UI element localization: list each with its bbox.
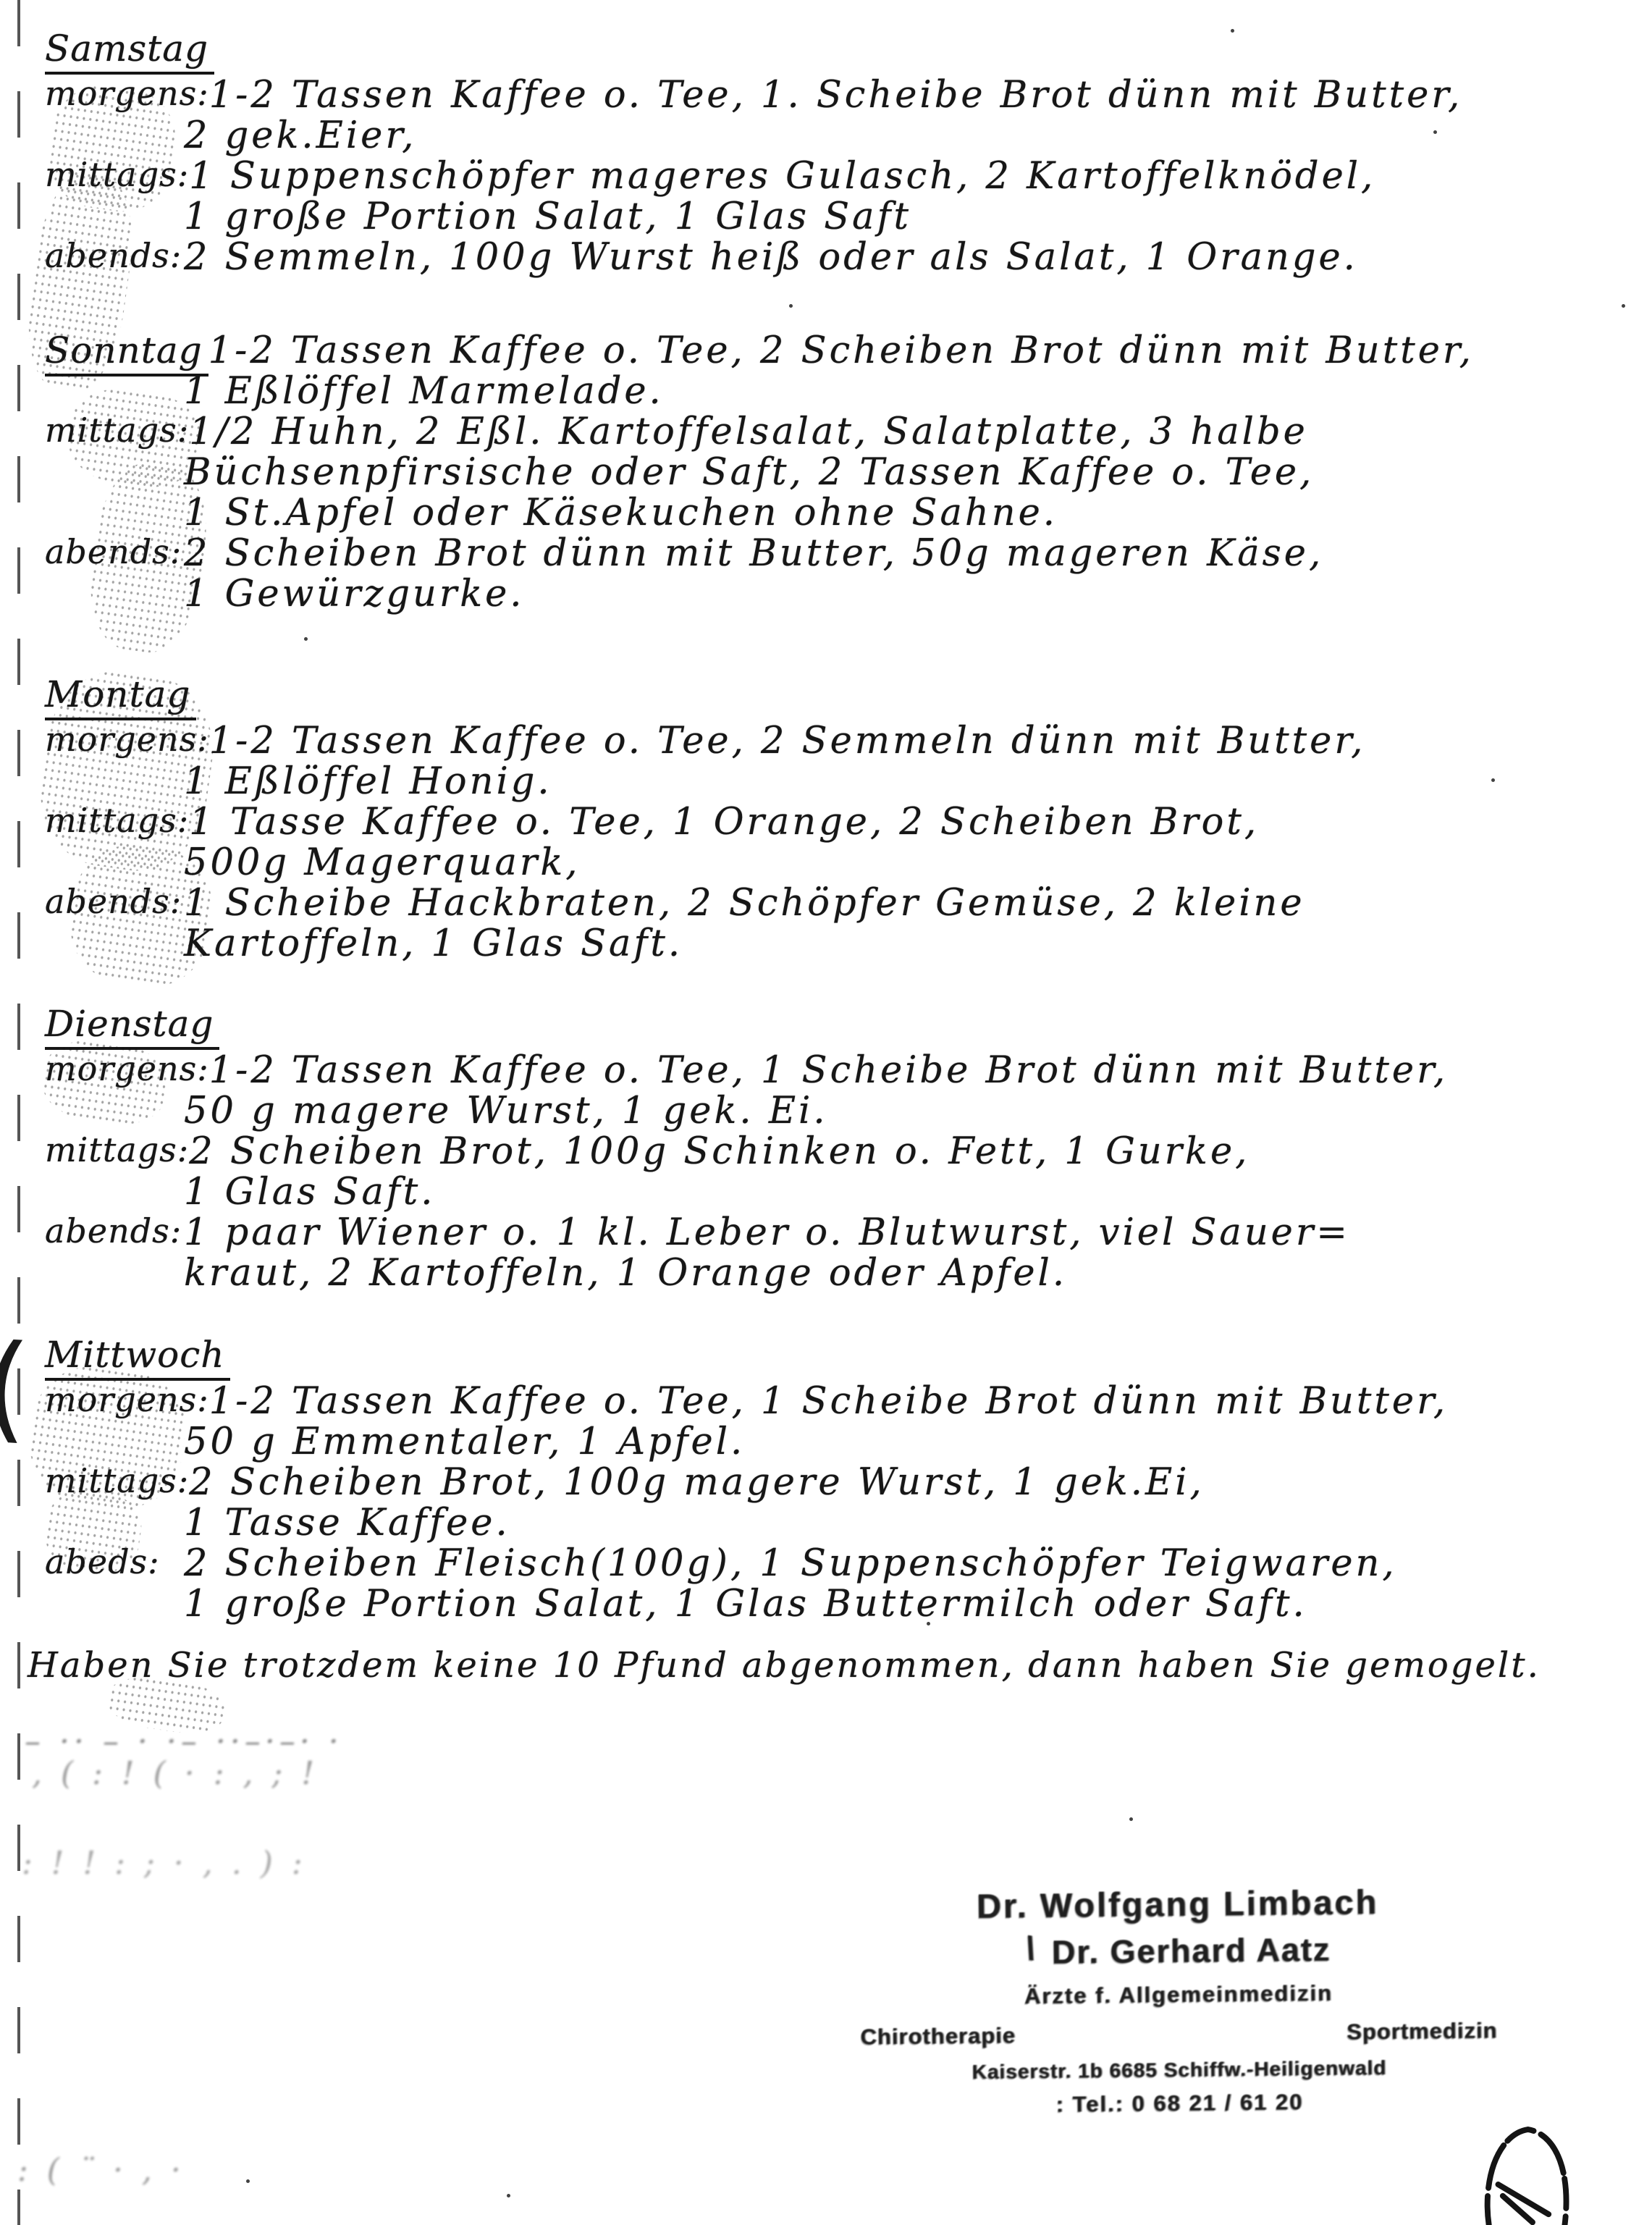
ghost-smudge-line: : ( ¨ · , · xyxy=(17,2152,185,2189)
meal-row: abends:2 Semmeln, 100g Wurst heiß oder a… xyxy=(45,236,1646,277)
meal-row: mittags:1 Suppenschöpfer mageres Gulasch… xyxy=(45,155,1646,195)
meal-text: 1 große Portion Salat, 1 Glas Saft xyxy=(184,195,911,238)
meal-row: abends:2 Scheiben Brot dünn mit Butter, … xyxy=(45,532,1646,573)
meal-row: morgens:1-2 Tassen Kaffee o. Tee, 1. Sch… xyxy=(45,74,1646,114)
ink-speck xyxy=(1433,130,1437,134)
ink-speck xyxy=(507,2194,510,2197)
stamp-field-right: Sportmedizin xyxy=(1347,2017,1498,2045)
day-section-sonntag: Sonntag1-2 Tassen Kaffee o. Tee, 2 Schei… xyxy=(45,329,1646,613)
meal-text: 2 Scheiben Fleisch(100g), 1 Suppenschöpf… xyxy=(184,1542,1397,1585)
meal-text: 1-2 Tassen Kaffee o. Tee, 2 Scheiben Bro… xyxy=(208,329,1474,372)
meal-row: 1 große Portion Salat, 1 Glas Buttermilc… xyxy=(45,1583,1646,1623)
meal-text: 1-2 Tassen Kaffee o. Tee, 1 Scheibe Brot… xyxy=(209,1049,1448,1092)
meal-text: 1-2 Tassen Kaffee o. Tee, 1 Scheibe Brot… xyxy=(209,1380,1448,1423)
meal-text: 2 Scheiben Brot, 100g Schinken o. Fett, … xyxy=(189,1130,1249,1173)
ghost-smudge-line: : ! ! : ; · , . ) : xyxy=(22,1845,307,1882)
meal-text: Kartoffeln, 1 Glas Saft. xyxy=(184,922,683,965)
doctor-name-1: Dr. Wolfgang Limbach xyxy=(830,1880,1525,1927)
pen-loop-artifact xyxy=(1464,2113,1601,2225)
meal-row: mittags:2 Scheiben Brot, 100g magere Wur… xyxy=(45,1461,1646,1502)
meal-text: 1 Eßlöffel Honig. xyxy=(184,760,552,803)
meal-row: 50 g magere Wurst, 1 gek. Ei. xyxy=(45,1090,1646,1130)
meal-row: 1 Gewürzgurke. xyxy=(45,573,1646,613)
day-title: Samstag xyxy=(45,28,214,75)
meal-text: 1 Gewürzgurke. xyxy=(184,573,525,615)
ink-speck xyxy=(304,637,308,641)
meal-row: morgens:1-2 Tassen Kaffee o. Tee, 1 Sche… xyxy=(45,1049,1646,1090)
meal-row: Büchsenpfirsische oder Saft, 2 Tassen Ka… xyxy=(45,451,1646,492)
meal-text: 50 g magere Wurst, 1 gek. Ei. xyxy=(184,1090,828,1132)
scan-edge-artifact xyxy=(17,0,20,2225)
meal-row: 50 g Emmentaler, 1 Apfel. xyxy=(45,1421,1646,1461)
meal-row: 1 Tasse Kaffee. xyxy=(45,1502,1646,1542)
meal-row: abends:1 Scheibe Hackbraten, 2 Schöpfer … xyxy=(45,882,1646,922)
stamp-address: Kaiserstr. 1b 6685 Schiffw.-Heiligenwald xyxy=(832,2055,1527,2085)
meal-text: 1 große Portion Salat, 1 Glas Buttermilc… xyxy=(184,1583,1307,1625)
stamp-stroke-mark: \ xyxy=(1024,1929,1039,1967)
meal-text: 1 Eßlöffel Marmelade. xyxy=(184,370,664,413)
ink-speck xyxy=(1491,778,1495,782)
meal-row: abends:1 paar Wiener o. 1 kl. Leber o. B… xyxy=(45,1211,1646,1252)
meal-row: Kartoffeln, 1 Glas Saft. xyxy=(45,922,1646,963)
meal-text: 1 paar Wiener o. 1 kl. Leber o. Blutwurs… xyxy=(184,1211,1350,1254)
meal-text: 1 St.Apfel oder Käsekuchen ohne Sahne. xyxy=(184,492,1058,534)
meal-text: 500g Magerquark, xyxy=(184,841,580,884)
meal-text: 2 gek.Eier, xyxy=(184,114,416,157)
meal-text: 1-2 Tassen Kaffee o. Tee, 2 Semmeln dünn… xyxy=(209,720,1366,762)
meal-row: mittags:2 Scheiben Brot, 100g Schinken o… xyxy=(45,1130,1646,1171)
stamp-specialty: Ärzte f. Allgemeinmedizin xyxy=(831,1978,1526,2011)
meal-text: 2 Scheiben Brot, 100g magere Wurst, 1 ge… xyxy=(189,1461,1204,1504)
ghost-smudge-line: , ( : ! ( · : , ; ! xyxy=(32,1755,319,1792)
meal-row: mittags:1 Tasse Kaffee o. Tee, 1 Orange,… xyxy=(45,801,1646,841)
meal-text: 1 Tasse Kaffee o. Tee, 1 Orange, 2 Schei… xyxy=(189,801,1259,844)
meal-row: abeds:2 Scheiben Fleisch(100g), 1 Suppen… xyxy=(45,1542,1646,1583)
meal-text: 2 Scheiben Brot dünn mit Butter, 50g mag… xyxy=(184,532,1323,575)
ink-speck xyxy=(1129,1817,1133,1821)
meal-row: 2 gek.Eier, xyxy=(45,114,1646,155)
meal-row: kraut, 2 Kartoffeln, 1 Orange oder Apfel… xyxy=(45,1252,1646,1292)
meal-text: 1 Suppenschöpfer mageres Gulasch, 2 Kart… xyxy=(189,155,1375,198)
meal-text: 1 Tasse Kaffee. xyxy=(184,1502,510,1544)
day-section-mittwoch: Mittwochmorgens:1-2 Tassen Kaffee o. Tee… xyxy=(45,1334,1646,1623)
day-section-samstag: Samstagmorgens:1-2 Tassen Kaffee o. Tee,… xyxy=(45,28,1646,277)
meal-row: 500g Magerquark, xyxy=(45,841,1646,882)
ink-speck xyxy=(789,304,793,308)
day-section-montag: Montagmorgens:1-2 Tassen Kaffee o. Tee, … xyxy=(45,673,1646,963)
meal-text: 1 Glas Saft. xyxy=(184,1171,435,1214)
meal-row: morgens:1-2 Tassen Kaffee o. Tee, 1 Sche… xyxy=(45,1380,1646,1421)
ink-speck xyxy=(1231,29,1234,33)
meal-text: kraut, 2 Kartoffeln, 1 Orange oder Apfel… xyxy=(184,1252,1067,1295)
ink-speck xyxy=(927,1622,930,1625)
meal-row: 1 Eßlöffel Honig. xyxy=(45,760,1646,801)
scanned-diet-plan-page: ( Samstagmorgens:1-2 Tassen Kaffee o. Te… xyxy=(0,0,1652,2225)
meal-text: 50 g Emmentaler, 1 Apfel. xyxy=(184,1421,745,1463)
meal-row: 1 große Portion Salat, 1 Glas Saft xyxy=(45,195,1646,236)
meal-row: 1 Glas Saft. xyxy=(45,1171,1646,1211)
doctor-name-2: Dr. Gerhard Aatz xyxy=(1052,1931,1331,1972)
ink-speck xyxy=(1622,304,1625,308)
ink-speck xyxy=(246,2179,250,2183)
meal-text: 1/2 Huhn, 2 Eßl. Kartoffelsalat, Salatpl… xyxy=(189,411,1308,453)
doctor-stamp: Dr. Wolfgang Limbach \ Dr. Gerhard Aatz … xyxy=(830,1880,1527,2120)
meal-row: 1 St.Apfel oder Käsekuchen ohne Sahne. xyxy=(45,492,1646,532)
meal-row: Sonntag1-2 Tassen Kaffee o. Tee, 2 Schei… xyxy=(45,329,1646,370)
meal-text: 1 Scheibe Hackbraten, 2 Schöpfer Gemüse,… xyxy=(184,882,1305,925)
stamp-field-left: Chirotherapie xyxy=(860,2022,1016,2050)
meal-text: 1-2 Tassen Kaffee o. Tee, 1. Scheibe Bro… xyxy=(209,74,1463,117)
meal-row: mittags:1/2 Huhn, 2 Eßl. Kartoffelsalat,… xyxy=(45,411,1646,451)
day-section-dienstag: Dienstagmorgens:1-2 Tassen Kaffee o. Tee… xyxy=(45,1003,1646,1292)
meal-text: 2 Semmeln, 100g Wurst heiß oder als Sala… xyxy=(184,236,1358,279)
closing-remark: Haben Sie trotzdem keine 10 Pfund abgeno… xyxy=(28,1645,1541,1686)
meal-label: mittags: xyxy=(45,1130,189,1169)
meal-label: abends: xyxy=(45,1211,184,1250)
meal-row: 1 Eßlöffel Marmelade. xyxy=(45,370,1646,411)
scan-curve-artifact: ( xyxy=(0,1318,33,1455)
meal-row: morgens:1-2 Tassen Kaffee o. Tee, 2 Semm… xyxy=(45,720,1646,760)
stamp-phone: : Tel.: 0 68 21 / 61 20 xyxy=(832,2087,1527,2120)
meal-text: Büchsenpfirsische oder Saft, 2 Tassen Ka… xyxy=(184,451,1314,494)
